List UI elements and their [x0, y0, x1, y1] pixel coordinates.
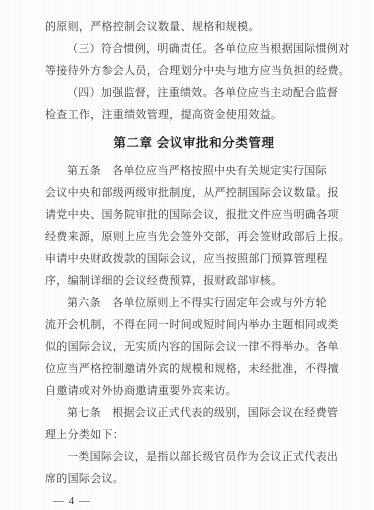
- text-line: 第五条 各单位应当严格按照中央有关规定实行国际: [45, 160, 343, 182]
- text-line: 席的国际会议。: [45, 468, 343, 490]
- text-line: 的原则，严格控制会议数量、规格和规模。: [45, 16, 343, 38]
- text-line: 自邀请或对外协商邀请重要外宾来访。: [45, 380, 343, 402]
- text-line: 似的国际会议，无实质内容的国际会议一律不得举办。各单: [45, 336, 343, 358]
- chapter-heading: 第二章 会议审批和分类管理: [45, 132, 343, 154]
- text-line: 位应当严格控制邀请外宾的规模和规格，未经批准，不得擅: [45, 358, 343, 380]
- document-page: 的原则，严格控制会议数量、规格和规模。 （三）符合惯例，明确责任。各单位应当根据…: [0, 0, 374, 510]
- text-line: 会议中央和部级两级审批制度，从严控制国际会议数量。报: [45, 182, 343, 204]
- text-line: 等接待外方参会人员，合理划分中央与地方应当负担的经费。: [45, 60, 343, 82]
- text-line: （三）符合惯例，明确责任。各单位应当根据国际惯例对: [45, 38, 343, 60]
- text-line: 序，编制详细的会议经费预算，报财政部审核。: [45, 270, 343, 292]
- text-line: 理上分类如下：: [45, 424, 343, 446]
- text-line: 请党中央、国务院审批的国际会议，报批文件应当明确各项: [45, 204, 343, 226]
- text-line: 一类国际会议，是指以部长级官员作为会议正式代表出: [45, 446, 343, 468]
- text-line: 第七条 根据会议正式代表的级别，国际会议在经费管: [45, 402, 343, 424]
- page-number: — 4 —: [45, 490, 343, 510]
- document-text: 的原则，严格控制会议数量、规格和规模。 （三）符合惯例，明确责任。各单位应当根据…: [45, 16, 343, 510]
- text-line: 检查工作，注重绩效管理，提高资金使用效益。: [45, 104, 343, 126]
- text-line: 申请中央财政拨款的国际会议，应当按照部门预算管理程: [45, 248, 343, 270]
- text-line: （四）加强监督，注重绩效。各单位应当主动配合监督: [45, 82, 343, 104]
- text-line: 第六条 各单位原则上不得实行固定年会或与外方轮: [45, 292, 343, 314]
- text-line: 经费来源，原则上应当先会签外交部，再会签财政部后上报。: [45, 226, 343, 248]
- text-line: 流开会机制，不得在同一时间或短时间内举办主题相同或类: [45, 314, 343, 336]
